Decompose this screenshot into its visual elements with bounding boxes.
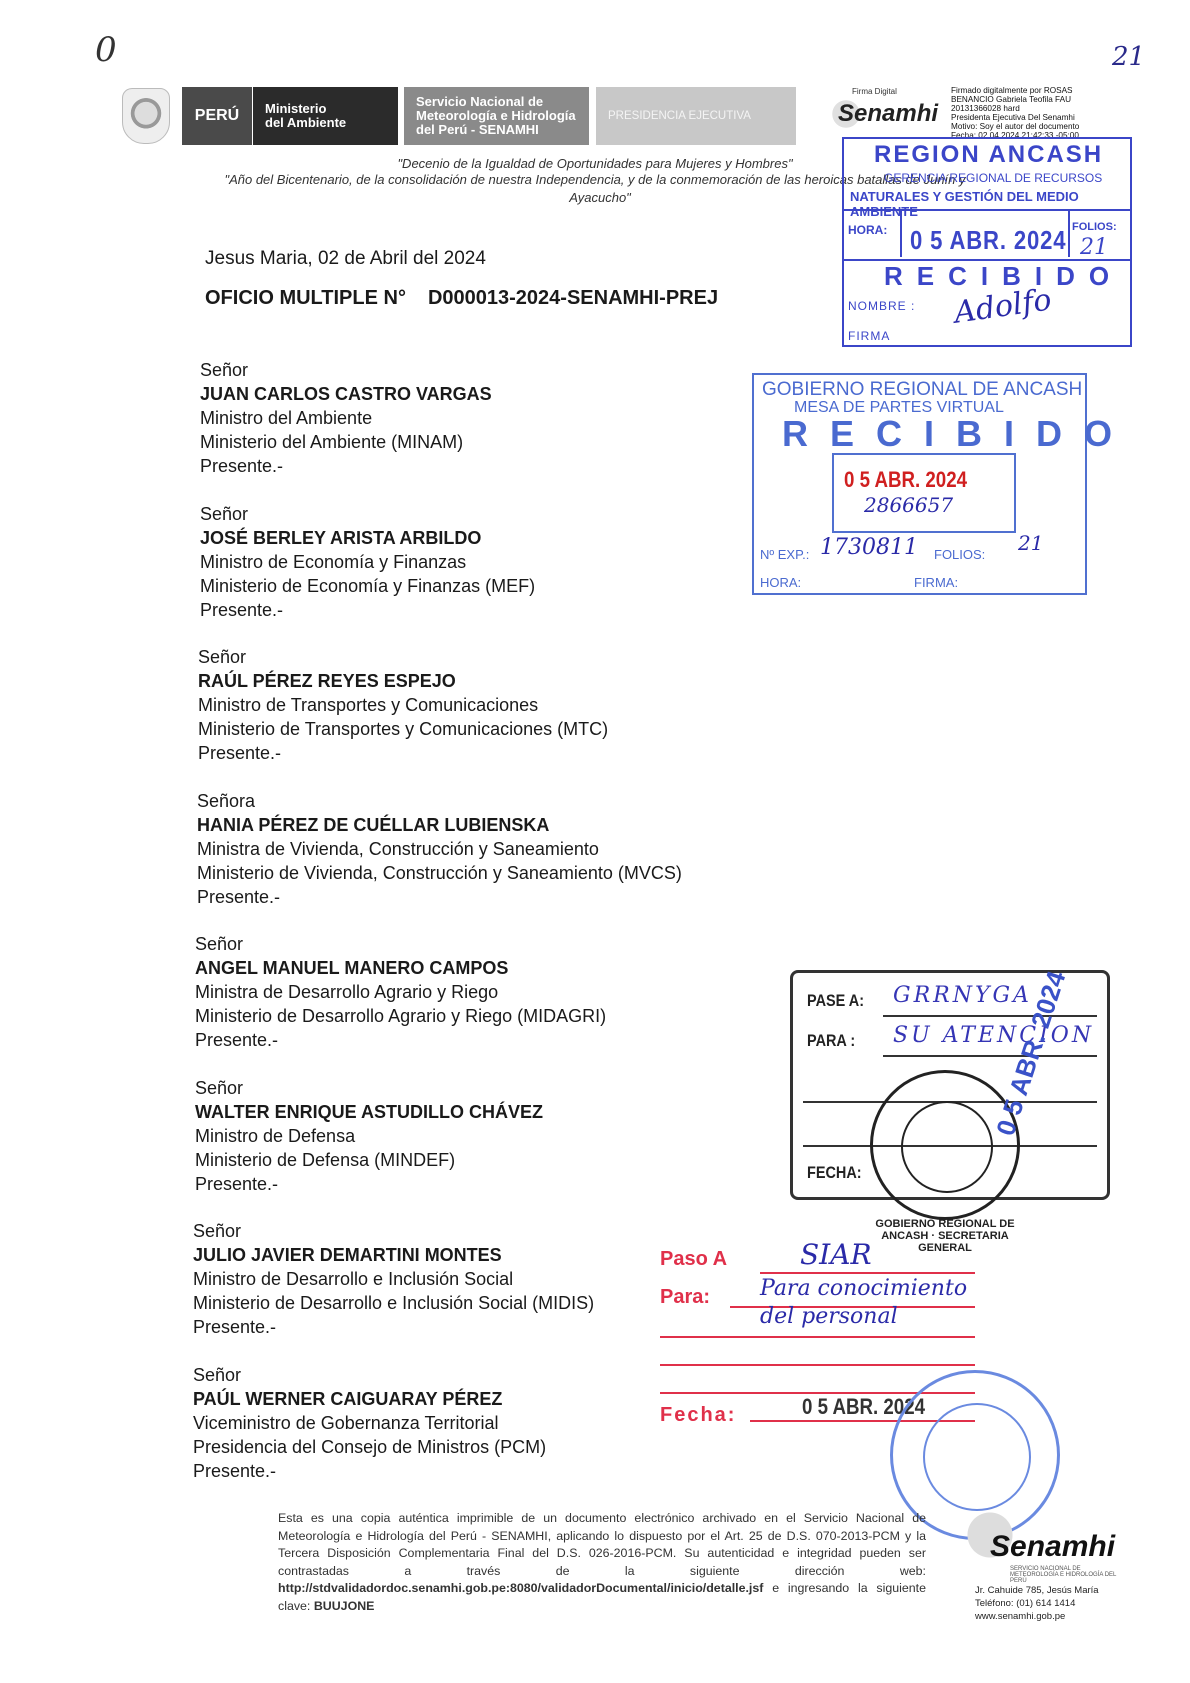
recipient-name: WALTER ENRIQUE ASTUDILLO CHÁVEZ bbox=[195, 1100, 543, 1124]
recipient-salutation: Señor bbox=[193, 1219, 594, 1243]
recipient-closing: Presente.- bbox=[200, 598, 535, 622]
stamp-exp-label: Nº EXP.: bbox=[760, 547, 809, 562]
oficio-label: OFICIO MULTIPLE N° bbox=[205, 287, 406, 309]
handwritten-page-number: 21 bbox=[1112, 42, 1145, 72]
recipient-salutation: Señor bbox=[193, 1363, 546, 1387]
stamp-hora-label: HORA: bbox=[848, 223, 887, 237]
stamp-received: RECIBIDO bbox=[884, 261, 1123, 292]
header-ministry: Ministeriodel Ambiente bbox=[253, 87, 398, 145]
stamp-line bbox=[883, 1015, 1097, 1017]
recipient-salutation: Señor bbox=[198, 645, 608, 669]
recipient-entity: Ministerio de Desarrollo e Inclusión Soc… bbox=[193, 1291, 594, 1315]
recipient-entity: Ministerio de Vivienda, Construcción y S… bbox=[197, 861, 682, 885]
recipient-entity: Ministerio de Desarrollo Agrario y Riego… bbox=[195, 1004, 606, 1028]
senamhi-logo: Senamhi bbox=[990, 1530, 1115, 1564]
seal-gobierno-regional bbox=[870, 1070, 1020, 1220]
recipient-name: JOSÉ BERLEY ARISTA ARBILDO bbox=[200, 526, 535, 550]
recipient-title: Ministro de Transportes y Comunicaciones bbox=[198, 693, 608, 717]
recipient-entity: Ministerio de Transportes y Comunicacion… bbox=[198, 717, 608, 741]
recipient-block: SeñorPAÚL WERNER CAIGUARAY PÉREZVicemini… bbox=[193, 1363, 546, 1483]
routing-paso-value: SIAR bbox=[800, 1238, 872, 1271]
routing-fecha-label: Fecha: bbox=[660, 1404, 736, 1427]
signature-line: Motivo: Soy el autor del documento bbox=[951, 122, 1151, 131]
signature-line: Firmado digitalmente por ROSAS bbox=[951, 86, 1151, 95]
stamp-firma-label: FIRMA bbox=[848, 329, 890, 343]
recipient-entity: Ministerio de Economía y Finanzas (MEF) bbox=[200, 574, 535, 598]
recipient-closing: Presente.- bbox=[195, 1172, 543, 1196]
recipient-name: RAÚL PÉREZ REYES ESPEJO bbox=[198, 669, 608, 693]
website[interactable]: www.senamhi.gob.pe bbox=[975, 1610, 1099, 1623]
recipient-block: SeñoraHANIA PÉREZ DE CUÉLLAR LUBIENSKAMi… bbox=[197, 789, 682, 909]
stamp-subtitle: GERENCIA REGIONAL DE RECURSOS bbox=[884, 171, 1102, 185]
recipient-name: JULIO JAVIER DEMARTINI MONTES bbox=[193, 1243, 594, 1267]
senamhi-logo: Senamhi bbox=[838, 100, 938, 128]
stamp-folios-label: FOLIOS: bbox=[934, 547, 985, 562]
recipient-closing: Presente.- bbox=[197, 885, 682, 909]
recipient-closing: Presente.- bbox=[200, 454, 492, 478]
routing-para-value: Para conocimiento bbox=[760, 1276, 967, 1301]
recipient-closing: Presente.- bbox=[195, 1028, 606, 1052]
stamp-pase-value: GRRNYGA bbox=[893, 983, 1032, 1008]
recipient-title: Ministro del Ambiente bbox=[200, 406, 492, 430]
header-ministry-line: del Ambiente bbox=[265, 116, 346, 130]
recipient-title: Viceministro de Gobernanza Territorial bbox=[193, 1411, 546, 1435]
recipient-block: SeñorANGEL MANUEL MANERO CAMPOSMinistra … bbox=[195, 932, 606, 1052]
header-service-line: Meteorología e Hidrología bbox=[416, 109, 576, 123]
routing-para-label: Para: bbox=[660, 1286, 710, 1309]
recipient-block: SeñorJUAN CARLOS CASTRO VARGASMinistro d… bbox=[200, 358, 492, 478]
routing-line bbox=[760, 1272, 975, 1274]
recipient-closing: Presente.- bbox=[193, 1459, 546, 1483]
recipient-title: Ministro de Defensa bbox=[195, 1124, 543, 1148]
stamp-nombre-label: NOMBRE : bbox=[848, 299, 915, 313]
stamp-date: 0 5 ABR. 2024 bbox=[844, 467, 967, 493]
recipient-salutation: Señor bbox=[195, 1076, 543, 1100]
stamp-line bbox=[883, 1055, 1097, 1057]
header-peru: PERÚ bbox=[182, 87, 252, 145]
stamp-registry-number: 2866657 bbox=[864, 493, 953, 517]
recipient-entity: Presidencia del Consejo de Ministros (PC… bbox=[193, 1435, 546, 1459]
recipient-title: Ministra de Vivienda, Construcción y San… bbox=[197, 837, 682, 861]
digital-signature-details: Firmado digitalmente por ROSAS BENANCIO … bbox=[951, 86, 1151, 140]
digital-signature-label: Firma Digital bbox=[852, 87, 897, 96]
recipient-entity: Ministerio de Defensa (MINDEF) bbox=[195, 1148, 543, 1172]
motto-year-continued: Ayacucho" bbox=[520, 190, 680, 205]
header-ministry-line: Ministerio bbox=[265, 102, 346, 116]
oficio-number: D000013-2024-SENAMHI-PREJ bbox=[428, 287, 718, 309]
seal-text: GOBIERNO REGIONAL DE ANCASH · SECRETARIA… bbox=[870, 1218, 1020, 1254]
recipient-salutation: Señora bbox=[197, 789, 682, 813]
recipient-closing: Presente.- bbox=[198, 741, 608, 765]
stamp-folios-value: 21 bbox=[1080, 235, 1108, 260]
contact-info: Jr. Cahuide 785, Jesús María Teléfono: (… bbox=[975, 1584, 1099, 1623]
recipient-title: Ministro de Economía y Finanzas bbox=[200, 550, 535, 574]
recipient-title: Ministro de Desarrollo e Inclusión Socia… bbox=[193, 1267, 594, 1291]
stamp-folios-label: FOLIOS: bbox=[1072, 221, 1117, 233]
header-office: PRESIDENCIA EJECUTIVA bbox=[596, 87, 796, 145]
recipient-name: ANGEL MANUEL MANERO CAMPOS bbox=[195, 956, 606, 980]
routing-para-value-2: del personal bbox=[760, 1304, 898, 1329]
stamp-title: REGION ANCASH bbox=[874, 141, 1103, 169]
stamp-mesa-de-partes: GOBIERNO REGIONAL DE ANCASH MESA DE PART… bbox=[752, 373, 1087, 595]
recipient-salutation: Señor bbox=[200, 502, 535, 526]
authenticity-notice: Esta es una copia auténtica imprimible d… bbox=[278, 1510, 926, 1615]
phone: Teléfono: (01) 614 1414 bbox=[975, 1597, 1099, 1610]
seal-coat-of-arms-icon bbox=[923, 1403, 1031, 1511]
stamp-firma-label: FIRMA: bbox=[914, 575, 958, 590]
signature-line: BENANCIO Gabriela Teofila FAU bbox=[951, 95, 1151, 104]
recipient-name: PAÚL WERNER CAIGUARAY PÉREZ bbox=[193, 1387, 546, 1411]
routing-paso-label: Paso A bbox=[660, 1248, 727, 1271]
routing-line bbox=[660, 1364, 975, 1366]
place-date: Jesus Maria, 02 de Abril del 2024 bbox=[205, 248, 486, 270]
stamp-date: 0 5 ABR. 2024 bbox=[910, 225, 1066, 256]
signature-line: 20131366028 hard bbox=[951, 104, 1151, 113]
header-service: Servicio Nacional deMeteorología e Hidro… bbox=[404, 87, 589, 145]
recipient-closing: Presente.- bbox=[193, 1315, 594, 1339]
recipient-name: HANIA PÉREZ DE CUÉLLAR LUBIENSKA bbox=[197, 813, 682, 837]
signature-line: Presidenta Ejecutiva Del Senamhi bbox=[951, 113, 1151, 122]
stamp-title: GOBIERNO REGIONAL DE ANCASH bbox=[762, 379, 1082, 401]
recipient-name: JUAN CARLOS CASTRO VARGAS bbox=[200, 382, 492, 406]
senamhi-logo-subtitle: SERVICIO NACIONAL DE METEOROLOGÍA E HIDR… bbox=[1010, 1566, 1120, 1584]
oficio-heading: OFICIO MULTIPLE N°D000013-2024-SENAMHI-P… bbox=[205, 287, 718, 310]
handwritten-corner-mark: 0 bbox=[95, 30, 117, 70]
stamp-region-ancash: REGION ANCASH GERENCIA REGIONAL DE RECUR… bbox=[842, 137, 1132, 347]
coat-of-arms-icon bbox=[122, 88, 170, 144]
recipient-salutation: Señor bbox=[200, 358, 492, 382]
seal-coat-of-arms-icon bbox=[901, 1101, 993, 1193]
stamp-fecha-label: FECHA: bbox=[807, 1163, 862, 1183]
address: Jr. Cahuide 785, Jesús María bbox=[975, 1584, 1099, 1597]
authenticity-text: Esta es una copia auténtica imprimible d… bbox=[278, 1511, 926, 1578]
header-service-line: Servicio Nacional de bbox=[416, 95, 576, 109]
header-service-line: del Perú - SENAMHI bbox=[416, 123, 576, 137]
motto-decade: "Decenio de la Igualdad de Oportunidades… bbox=[300, 156, 890, 171]
validation-url[interactable]: http://stdvalidadordoc.senamhi.gob.pe:80… bbox=[278, 1581, 763, 1595]
routing-line bbox=[660, 1336, 975, 1338]
stamp-para-value: SU ATENCION bbox=[893, 1023, 1094, 1048]
validation-key: BUUJONE bbox=[314, 1599, 375, 1613]
stamp-pase-label: PASE A: bbox=[807, 991, 864, 1011]
stamp-para-label: PARA : bbox=[807, 1031, 855, 1051]
recipient-entity: Ministerio del Ambiente (MINAM) bbox=[200, 430, 492, 454]
recipient-block: SeñorJULIO JAVIER DEMARTINI MONTESMinist… bbox=[193, 1219, 594, 1339]
recipient-block: SeñorRAÚL PÉREZ REYES ESPEJOMinistro de … bbox=[198, 645, 608, 765]
stamp-exp-value: 1730811 bbox=[820, 535, 918, 560]
stamp-received: RECIBIDO bbox=[782, 413, 1134, 455]
stamp-folios-value: 21 bbox=[1018, 531, 1043, 555]
recipient-block: SeñorWALTER ENRIQUE ASTUDILLO CHÁVEZMini… bbox=[195, 1076, 543, 1196]
recipient-title: Ministra de Desarrollo Agrario y Riego bbox=[195, 980, 606, 1004]
recipient-salutation: Señor bbox=[195, 932, 606, 956]
recipient-block: SeñorJOSÉ BERLEY ARISTA ARBILDOMinistro … bbox=[200, 502, 535, 622]
stamp-hora-label: HORA: bbox=[760, 575, 801, 590]
